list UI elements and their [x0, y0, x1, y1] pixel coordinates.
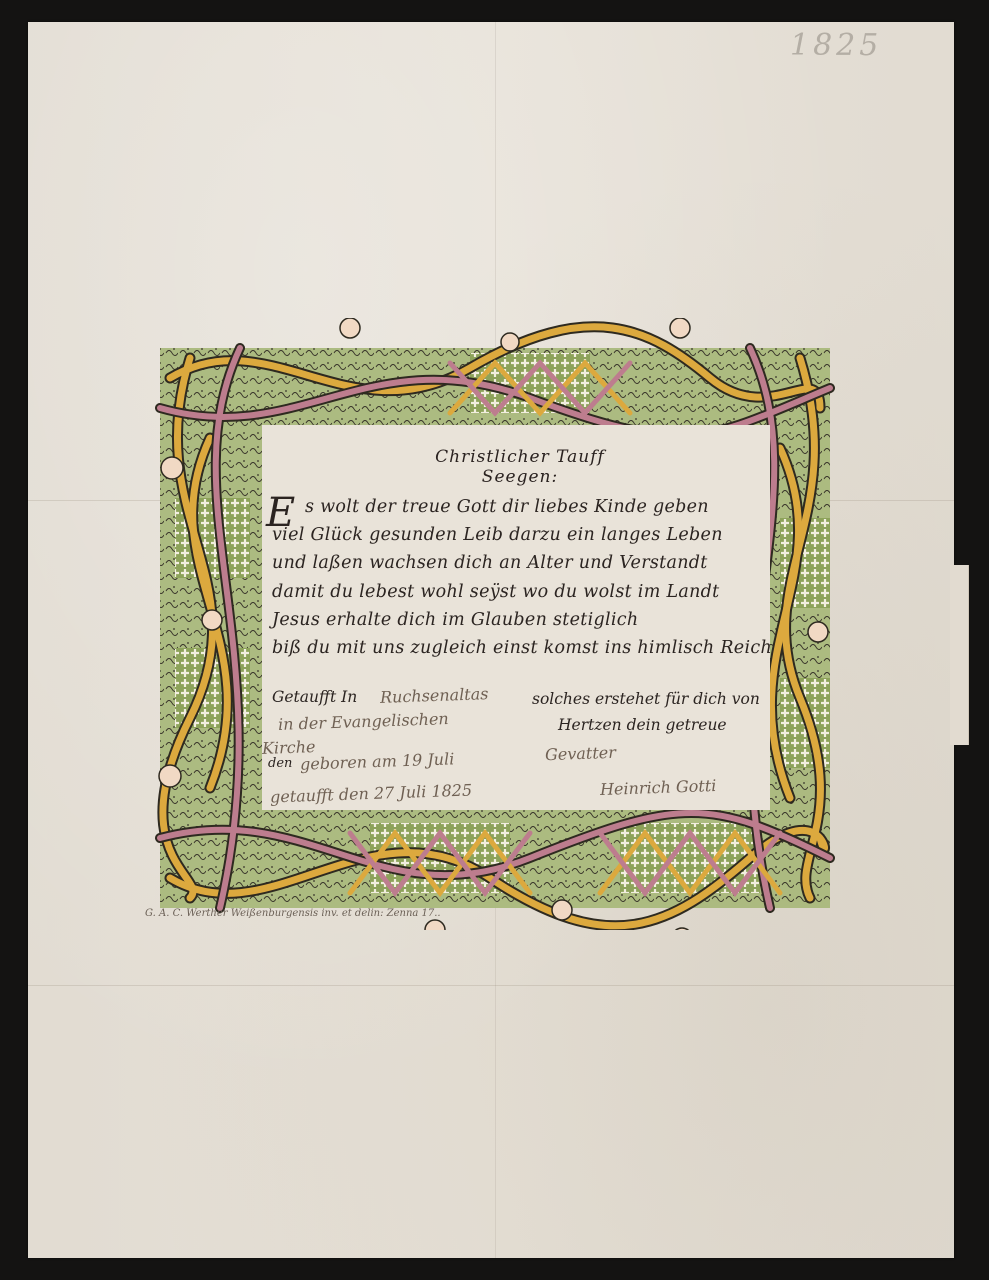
verse-line: viel Glück gesunden Leib darzu ein lange… [272, 525, 772, 545]
label-hertzen: Hertzen dein getreue [558, 716, 727, 734]
label-getauft-in: Getaufft In [272, 688, 357, 706]
handwritten-name: Heinrich Gotti [600, 776, 717, 799]
attached-paper-strip [950, 565, 969, 745]
handwritten-place: Ruchsenaltas [380, 684, 489, 707]
verse-line: damit du lebest wohl seÿst wo du wolst i… [272, 582, 772, 602]
pencil-year-annotation: 1825 [790, 28, 882, 63]
verse-line: Jesus erhalte dich im Glauben stetiglich [272, 610, 772, 630]
verse-line: biß du mit uns zugleich einst komst ins … [272, 638, 772, 658]
label-den: den [268, 756, 292, 771]
fold-line [28, 985, 954, 986]
engraver-imprint: G. A. C. Werther Weißenburgensis inv. et… [145, 908, 441, 919]
label-solches: solches erstehet für dich von [532, 690, 760, 708]
verse-line: und laßen wachsen dich an Alter und Vers… [272, 553, 772, 573]
handwritten-godparent: Gevatter [545, 743, 616, 764]
verse-line: s wolt der treue Gott dir liebes Kinde g… [305, 497, 805, 517]
certificate-title: Christlicher Tauff Seegen: [400, 447, 640, 487]
